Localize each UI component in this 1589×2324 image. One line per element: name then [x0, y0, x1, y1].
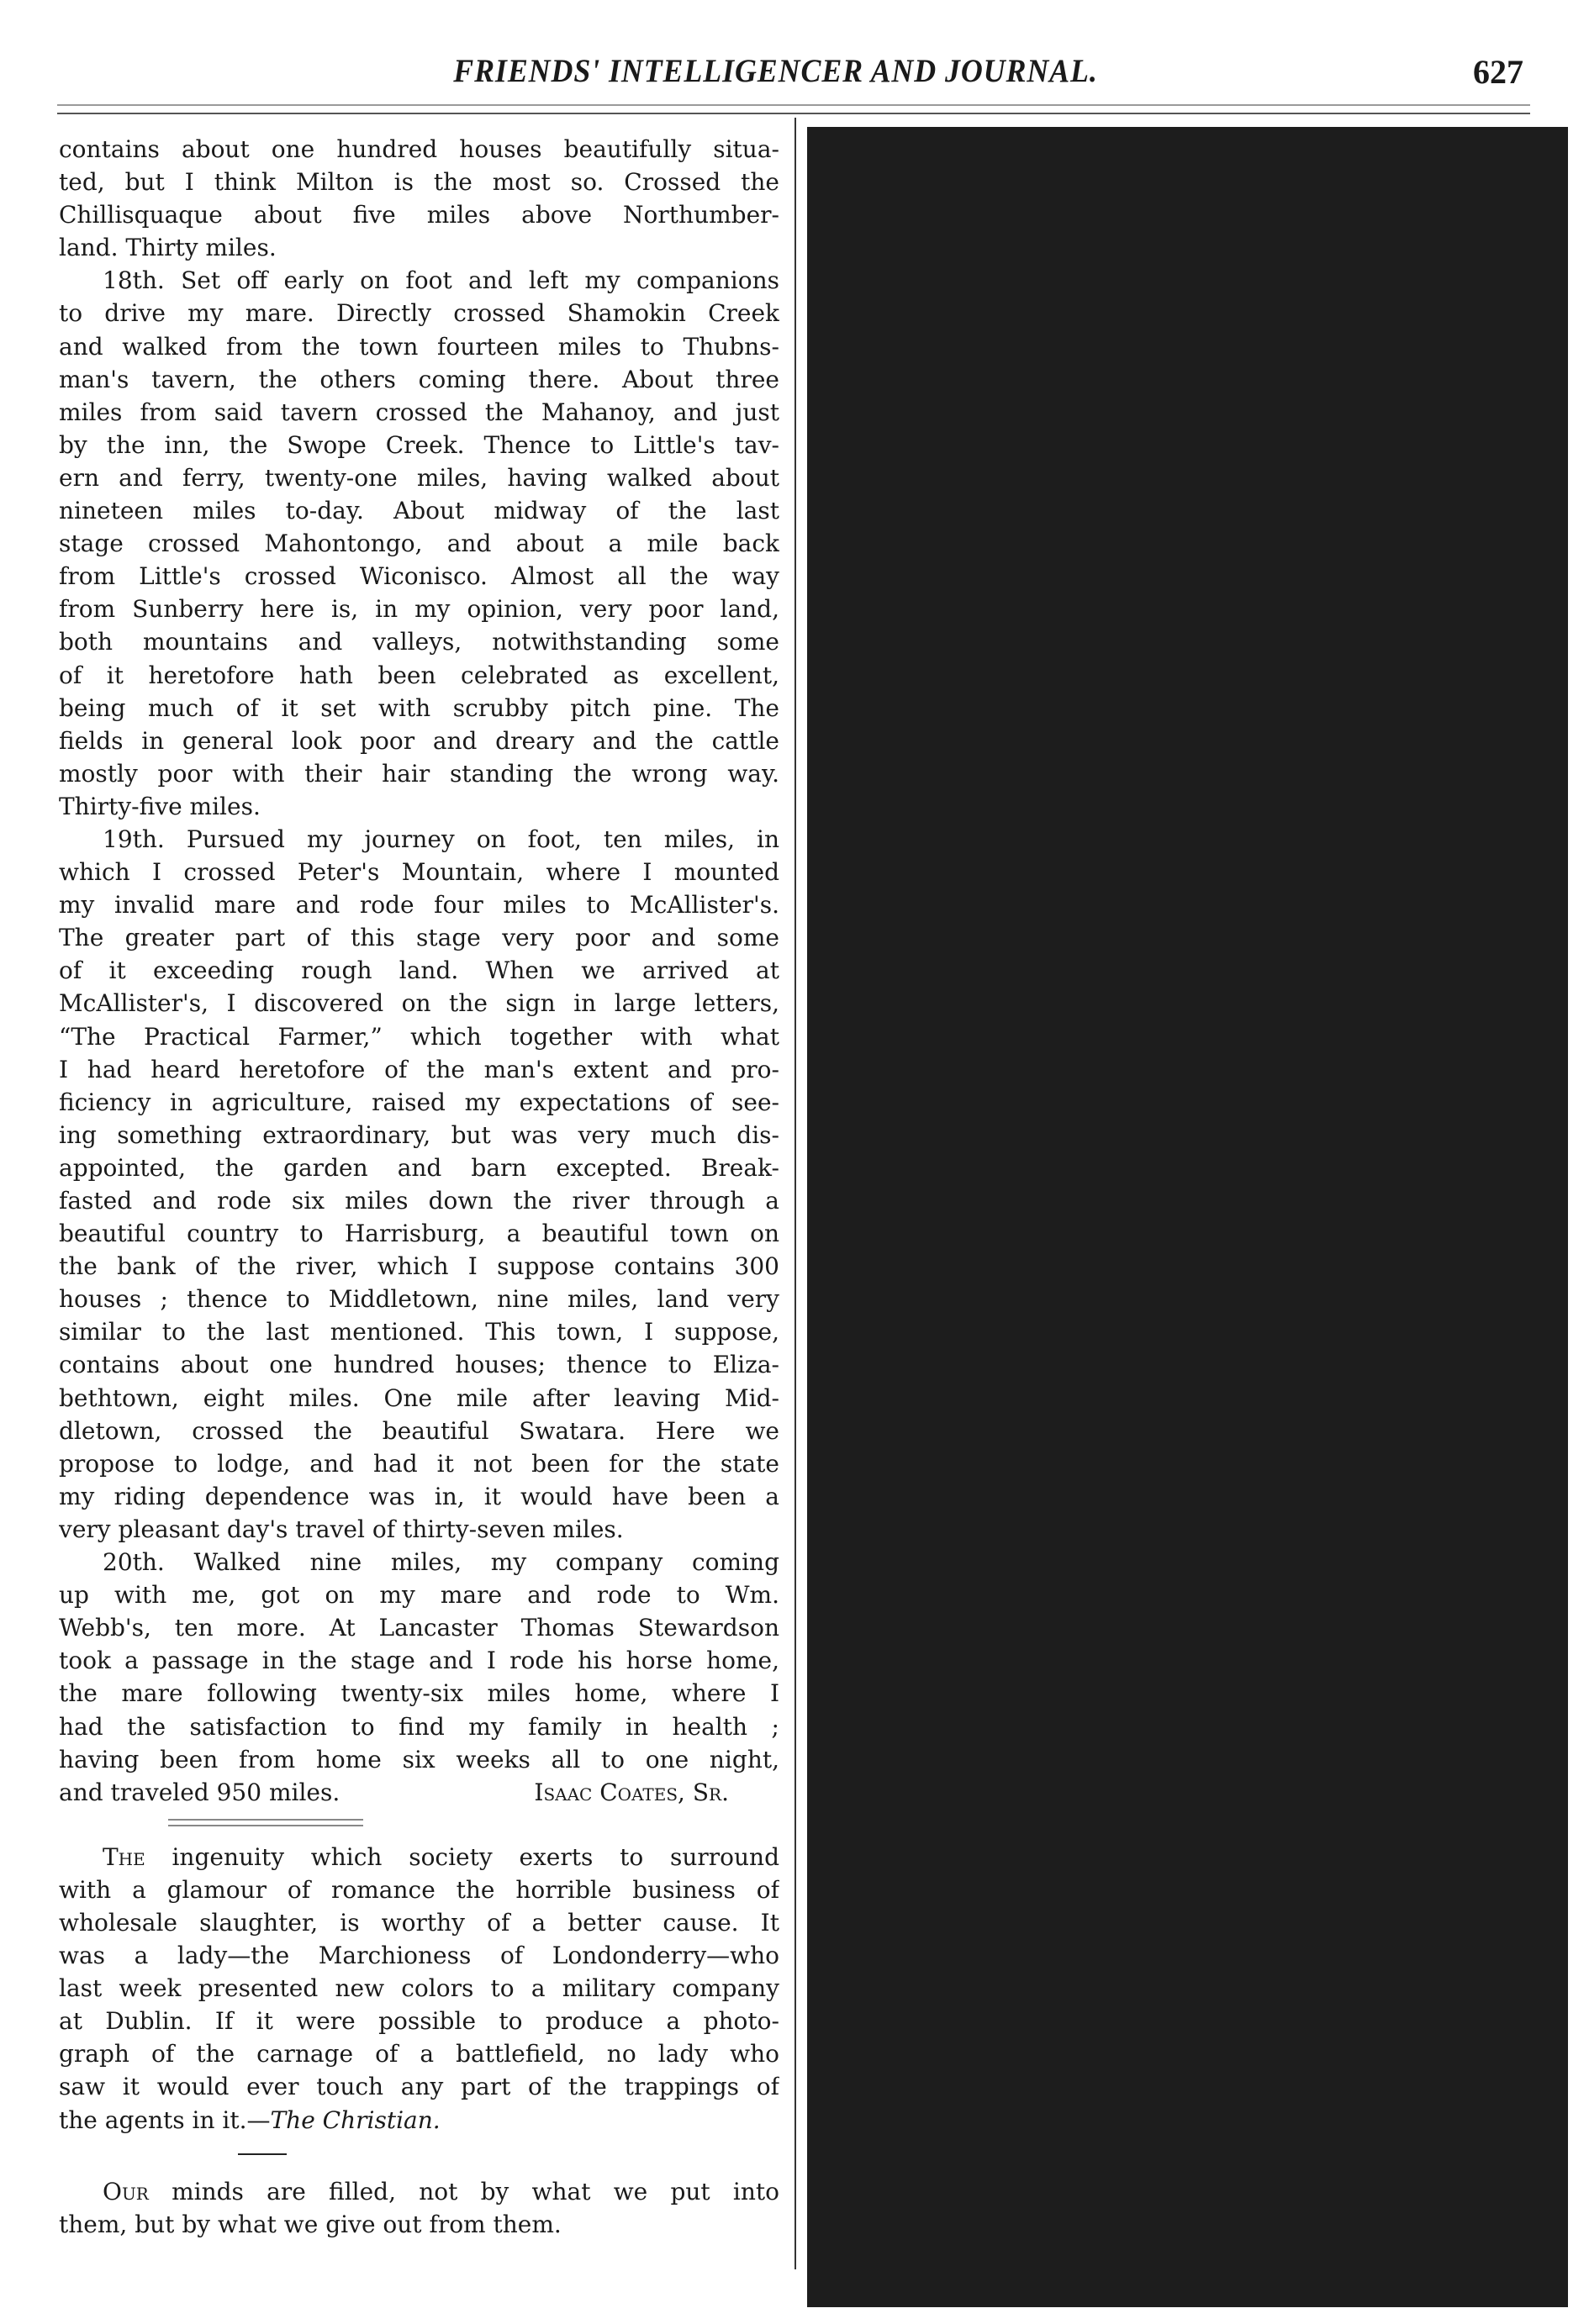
- text-line: nineteen miles to-day. About midway of t…: [59, 494, 779, 527]
- redacted-column: [807, 127, 1568, 2307]
- text-line: was a lady—the Marchioness of Londonderr…: [59, 1939, 779, 1972]
- text-line: my invalid mare and rode four miles to M…: [59, 888, 779, 921]
- journal-title: FRIENDS' INTELLIGENCER AND JOURNAL.: [418, 52, 1133, 89]
- text-line: ted, but I think Milton is the most so. …: [59, 166, 779, 198]
- text-line: and walked from the town fourteen miles …: [59, 330, 779, 363]
- text-line: both mountains and valleys, notwithstand…: [59, 625, 779, 658]
- header-rule-bottom: [57, 113, 1530, 114]
- column-divider: [794, 118, 796, 2269]
- text-line: appointed, the garden and barn excepted.…: [59, 1151, 779, 1184]
- text-line: and traveled 950 miles. Isaac Coates, Sr…: [59, 1776, 779, 1809]
- text-line-content: minds are filled, not by what we put int…: [149, 2178, 779, 2205]
- lead-word: The: [103, 1843, 145, 1871]
- text-line: stage crossed Mahontongo, and about a mi…: [59, 527, 779, 560]
- text-line: by the inn, the Swope Creek. Thence to L…: [59, 429, 779, 461]
- text-line: took a passage in the stage and I rode h…: [59, 1644, 779, 1677]
- text-line-content: ingenuity which society exerts to surrou…: [145, 1843, 779, 1871]
- text-line: graph of the carnage of a battlefield, n…: [59, 2037, 779, 2070]
- text-line: being much of it set with scrubby pitch …: [59, 692, 779, 725]
- page-number: 627: [1473, 52, 1523, 92]
- text-line: which I crossed Peter's Mountain, where …: [59, 856, 779, 888]
- text-line: similar to the last mentioned. This town…: [59, 1315, 779, 1348]
- text-line: the bank of the river, which I suppose c…: [59, 1250, 779, 1283]
- text-line: The ingenuity which society exerts to su…: [59, 1841, 779, 1873]
- text-line: Webb's, ten more. At Lancaster Thomas St…: [59, 1611, 779, 1644]
- text-line: ficiency in agriculture, raised my expec…: [59, 1086, 779, 1119]
- text-line: having been from home six weeks all to o…: [59, 1743, 779, 1776]
- text-line: at Dublin. If it were possible to produc…: [59, 2005, 779, 2037]
- text-line: I had heard heretofore of the man's exte…: [59, 1053, 779, 1086]
- text-line: dletown, crossed the beautiful Swatara. …: [59, 1415, 779, 1447]
- source-citation: The Christian.: [271, 2106, 441, 2134]
- lead-word: Our: [103, 2178, 149, 2205]
- text-line: 20th. Walked nine miles, my company comi…: [59, 1546, 779, 1578]
- text-line: contains about one hundred houses beauti…: [59, 133, 779, 166]
- text-line: fields in general look poor and dreary a…: [59, 725, 779, 757]
- text-line: contains about one hundred houses; thenc…: [59, 1348, 779, 1381]
- item-ingenuity: The ingenuity which society exerts to su…: [59, 1841, 779, 2137]
- left-column: contains about one hundred houses beauti…: [59, 133, 779, 2241]
- text-line: land. Thirty miles.: [59, 231, 779, 264]
- text-line: 18th. Set off early on foot and left my …: [59, 264, 779, 297]
- author-signature: Isaac Coates, Sr.: [534, 1776, 729, 1809]
- text-line: my riding dependence was in, it would ha…: [59, 1480, 779, 1513]
- section-separator-short: [59, 2137, 779, 2175]
- text-line: very pleasant day's travel of thirty-sev…: [59, 1513, 779, 1546]
- diary-article: contains about one hundred houses beauti…: [59, 133, 779, 1809]
- text-line: of it heretofore hath been celebrated as…: [59, 659, 779, 692]
- header-rule-top: [57, 104, 1530, 106]
- text-line: houses ; thence to Middletown, nine mile…: [59, 1283, 779, 1315]
- text-line: bethtown, eight miles. One mile after le…: [59, 1382, 779, 1415]
- text-line: saw it would ever touch any part of the …: [59, 2070, 779, 2103]
- text-line: man's tavern, the others coming there. A…: [59, 363, 779, 396]
- separator-rule: [168, 1819, 363, 1821]
- section-separator-double: [59, 1809, 779, 1834]
- text-line: from Sunberry here is, in my opinion, ve…: [59, 593, 779, 625]
- text-line: them, but by what we give out from them.: [59, 2208, 779, 2241]
- text-line: of it exceeding rough land. When we arri…: [59, 954, 779, 987]
- text-line: miles from said tavern crossed the Mahan…: [59, 396, 779, 429]
- separator-rule: [168, 1825, 363, 1826]
- text-line: the mare following twenty-six miles home…: [59, 1677, 779, 1710]
- text-line: up with me, got on my mare and rode to W…: [59, 1578, 779, 1611]
- text-line: ing something extraordinary, but was ver…: [59, 1119, 779, 1151]
- text-line: propose to lodge, and had it not been fo…: [59, 1447, 779, 1480]
- text-line: Our minds are filled, not by what we put…: [59, 2175, 779, 2208]
- text-line: “The Practical Farmer,” which together w…: [59, 1020, 779, 1053]
- text-line: Thirty-five miles.: [59, 790, 779, 823]
- text-line: the agents in it.—The Christian.: [59, 2104, 779, 2137]
- text-line: with a glamour of romance the horrible b…: [59, 1873, 779, 1906]
- text-line: 19th. Pursued my journey on foot, ten mi…: [59, 823, 779, 856]
- text-line: ern and ferry, twenty-one miles, having …: [59, 461, 779, 494]
- text-line: fasted and rode six miles down the river…: [59, 1184, 779, 1217]
- text-line: mostly poor with their hair standing the…: [59, 757, 779, 790]
- separator-rule: [238, 2153, 287, 2155]
- text-line: McAllister's, I discovered on the sign i…: [59, 987, 779, 1020]
- text-line: last week presented new colors to a mili…: [59, 1972, 779, 2005]
- text-line: to drive my mare. Directly crossed Shamo…: [59, 297, 779, 329]
- text-line: Chillisquaque about five miles above Nor…: [59, 198, 779, 231]
- text-line: The greater part of this stage very poor…: [59, 921, 779, 954]
- item-minds: Our minds are filled, not by what we put…: [59, 2175, 779, 2241]
- text-line-content: and traveled 950 miles.: [59, 1779, 340, 1806]
- text-line-content: the agents in it.—: [59, 2106, 271, 2134]
- text-line: had the satisfaction to find my family i…: [59, 1710, 779, 1743]
- text-line: beautiful country to Harrisburg, a beaut…: [59, 1217, 779, 1250]
- text-line: from Little's crossed Wiconisco. Almost …: [59, 560, 779, 593]
- text-line: wholesale slaughter, is worthy of a bett…: [59, 1906, 779, 1939]
